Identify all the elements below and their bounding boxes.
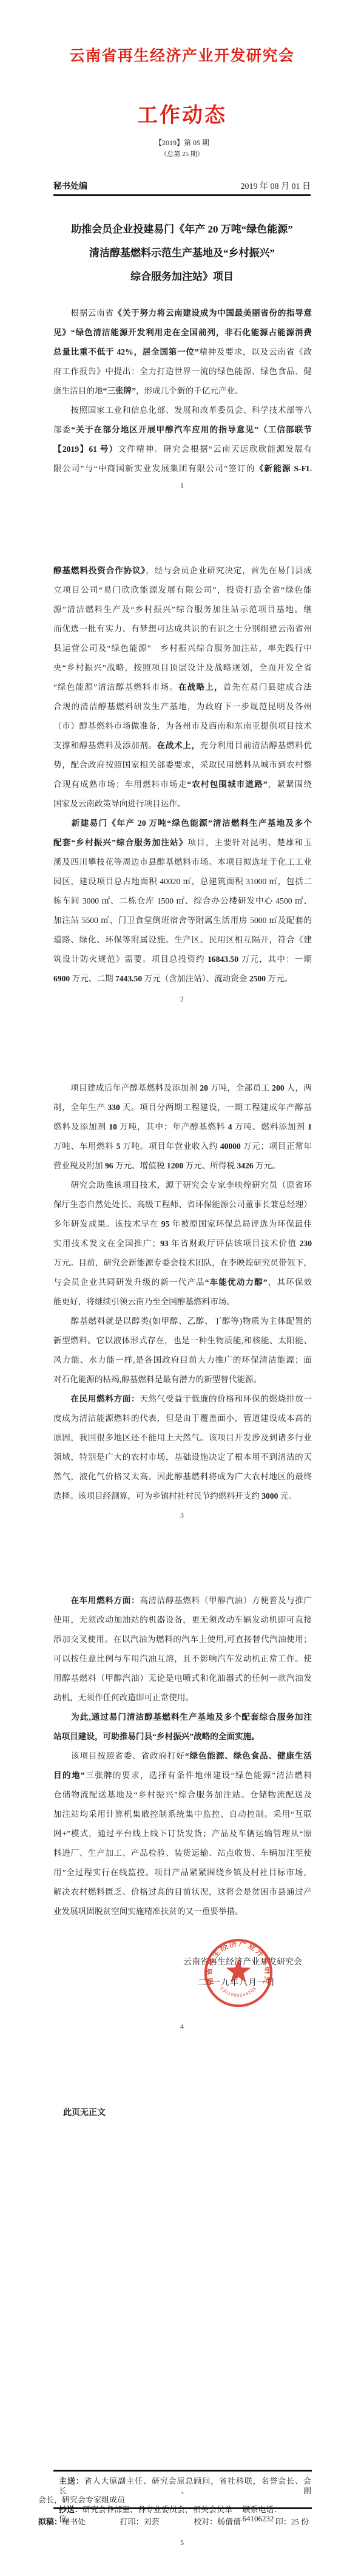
body-text-line: 动机，无须作任何改造即可正常使用。 <box>53 1688 312 1708</box>
page-4-body: 在车用燃料方面：高清洁醇基燃料（甲醇汽油）方便普及与推广使用，无须改动加油站的机… <box>53 1591 312 1921</box>
body-text-line: 府工作报告》中提出：全力打造世界一流的绿色能源、绿色食品、健 <box>53 362 312 381</box>
body-text-line: 选择。该项目经测算，可为乡镇村社村民节约燃料开支约 3000 元。 <box>53 1487 312 1506</box>
main-send-label: 主送： <box>59 2476 84 2486</box>
copies-credit: 印：25 份 <box>275 2515 309 2527</box>
print-value: 刘芸 <box>144 2517 160 2526</box>
official-seal-stamp: 云南省再生经济产业开发研究会 5301000044265 <box>203 1937 274 2009</box>
article-title-line-2: 清洁醇基燃料示范生产基地及“乡村振兴” <box>53 241 311 265</box>
body-text-line: 仓储物流配送基地及“乡村振兴”综合服务加注站。仓储物流配送及 <box>53 1785 312 1805</box>
body-text-line: 用醇基燃料（甲醇汽油）无论是电喷式和化油器式的任何一款汽油发 <box>53 1669 312 1688</box>
body-text-line: 可以按任意比例与车用汽油互溶，且不影响汽车发动机正常工作。使 <box>53 1649 312 1669</box>
body-text-line: 根据云南省《关于努力将云南建设成为中国最美丽省份的指导意 <box>53 304 312 323</box>
issue-date: 2019 年 08 月 01 日 <box>241 180 311 192</box>
body-text-line: 多年研发成果。该技术早在 95 年被原国家环保总局评选为环保最佳 <box>53 1215 312 1234</box>
body-text-line: 解决农村燃料匮乏、价格过高的目前状况，这将会是贫困市县通过产 <box>53 1883 312 1902</box>
body-text-line: 万元。目前，研究会新能源专委会技术团队，在李映煌研究员带领下， <box>53 1253 312 1273</box>
editor-date-row: 秘书处编 2019 年 08 月 01 日 <box>53 180 311 192</box>
body-text-line: 县运营公司及“绿色能源” 乡村振兴综合服务加注站，率先践行中 <box>53 639 312 658</box>
body-text-line: 领域，特别是广大的农村市场，基础设施决定了根本用不到清洁的天 <box>53 1448 312 1467</box>
print-credit: 打印：刘芸 <box>120 2515 160 2527</box>
page-1-body: 根据云南省《关于努力将云南建设成为中国最美丽省份的指导意见》“绿色清洁能源开发利… <box>53 304 312 479</box>
proof-credit: 校对：杨倩倩 <box>194 2515 241 2527</box>
body-text-line: 部委“关于在部分地区开展甲醇汽车应用的指导意见”（工信部联节 <box>53 420 312 440</box>
body-text-line: 该项目按照省委、省政府打好“绿色能源、绿色食品、健康生活 <box>53 1746 312 1766</box>
body-text-line: 在民用燃料方面：天然气受益于低廉的价格和环保的燃烧排放一 <box>53 1389 312 1409</box>
main-send-line: 主送：省人大原副主任、研究会原总顾问，省社科联，名誉会长、会长、副 <box>38 2476 311 2495</box>
body-text-line: 料进厂、生产加工、产品检验、装货运输、站点收货、车辆加注至使 <box>53 1844 312 1863</box>
seal-code: 5301000044265 <box>219 1986 257 1998</box>
body-text-line: 总量比重不低于 42%，居全国第一位”精神及要求，以及云南省《政 <box>53 342 312 362</box>
svg-text:5301000044265: 5301000044265 <box>219 1986 257 1998</box>
body-text-line: 支撑和醇基燃料及添加剂。在战术上，充分利用目前清洁醇基燃料优 <box>53 736 312 755</box>
draft-credit: 拟稿：秘书处 <box>38 2515 86 2527</box>
body-text-line: （市）醇基燃料市场做准备，为各州市及西南和东南亚提供项目技术 <box>53 717 312 736</box>
main-send-line-2: 会长，研究会专家组成员 <box>38 2495 311 2505</box>
no-text-note: 此页无正文 <box>63 2106 106 2118</box>
page-number-1: 1 <box>0 481 364 490</box>
body-text-line: 配套“乡村振兴”综合服务加注站》项目，主要针对昆明、楚雄和玉 <box>53 833 312 853</box>
article-title-line-1: 助推会员企业投建易门《年产 20 万吨“绿色能源” <box>53 217 311 241</box>
body-text-line: 项目建成后年产醇基燃料及添加剂 20 万吨，全部员工 200 人，两班 <box>53 1078 312 1098</box>
proof-label: 校对： <box>194 2517 217 2526</box>
body-text-line: 醇基燃料投资合作协议》，经与会员企业研究决定，首先在易门县成 <box>53 561 312 581</box>
body-text-line: 对石化能源的枯竭,醇基燃料是最有潜力的新型替代能源。 <box>53 1370 312 1389</box>
proof-value: 杨倩倩 <box>217 2517 241 2526</box>
body-text-line: 立项目公司“易门欣欣能源发展有限公司”，投资打造全省“绿色能 <box>53 581 312 600</box>
page-3-body: 项目建成后年产醇基燃料及添加剂 20 万吨，全部员工 200 人，两班制，全年生… <box>53 1078 312 1506</box>
bulletin-document: 云南省再生经济产业开发研究会 工作动态 【2019】第 05 期 （总第 25 … <box>0 0 364 2576</box>
footer-divider-bottom <box>53 2507 312 2509</box>
body-text-line: 筑设计防火规范》需要。项目总投资约 16843.50 万元，其中：一期 <box>53 950 312 969</box>
draft-label: 拟稿： <box>38 2517 62 2526</box>
body-text-line: 限公司”与“中商国新实业发展集团有限公司”签订的《新能源 S-FL <box>53 459 312 479</box>
body-text-line: 加注站 5500 ㎡、门卫食堂倒班宿舍等附属生活用房 5000 ㎡及配套的 <box>53 911 312 930</box>
header-divider <box>53 194 311 196</box>
body-text-line: 然气，液化气价格又太高。因此醇基燃料将成为广大农村地区的最终 <box>53 1467 312 1487</box>
body-text-line: 制，全年生产 330 天。项目分两期工程建设，一期工程建成年产醇基 <box>53 1098 312 1117</box>
body-text-line: 醇基燃料就是以醇类(如甲醇、乙醇、丁醇等)物质为主体配置的 <box>53 1312 312 1331</box>
body-text-line: 国家及云南政策导向进行项目运作。 <box>53 794 312 814</box>
seal-star-icon <box>226 1958 251 1982</box>
body-text-line: 为此,通过易门清洁醇基燃料生产基地及多个配套综合服务加注 <box>53 1708 312 1727</box>
body-text-line: 6900 万元、二期 7443.50 万元（含加注站）、流动资金 2500 万元… <box>53 969 312 989</box>
body-text-line: 使用，无须改动加油站的机器设备，更无须改动车辆发动机即可直接 <box>53 1610 312 1630</box>
page-2-body: 醇基燃料投资合作协议》，经与会员企业研究决定，首先在易门县成立项目公司“易门欣欣… <box>53 561 312 989</box>
body-text-line: “绿色能源”清洁醇基燃料市场。在战略上，首先在易门县建成合法 <box>53 678 312 697</box>
body-text-line: 业发展巩固脱贫空间实施精准扶贫的又一重要举措。 <box>53 1902 312 1921</box>
body-text-line: 营业税及附加 96 万元、增值税 1200 万元、所得税 3426 万元。 <box>53 1156 312 1176</box>
page-number-5: 5 <box>0 2538 364 2547</box>
masthead-org-name: 云南省再生经济产业开发研究会 <box>0 44 364 66</box>
print-label: 打印： <box>120 2517 144 2526</box>
body-text-line: 而优选一批有实力、有梦想可达成共识的有识之士分别组建云南省州 <box>53 619 312 639</box>
body-text-line: 园区，建设项目总占地面积 40020 ㎡，总建筑面积 31000 ㎡，包括二 <box>53 872 312 891</box>
main-send-value: 省人大原副主任、研究会原总顾问，省社科联，名誉会长、会长、副 <box>59 2476 311 2495</box>
editor-label: 秘书处编 <box>53 180 87 192</box>
body-text-line: 燃料及添加剂 10 万吨，其中：年产醇基燃料 4 万吨、燃料添加剂 1 <box>53 1117 312 1137</box>
body-text-line: 加注站均采用计算机集散控制系统集中监控、自动控制。采用“互联 <box>53 1805 312 1824</box>
body-text-line: 新型燃料。它以液体形式存在，也是一种生物质能,和核能、太阳能、 <box>53 1331 312 1351</box>
footer-credits: 拟稿：秘书处 打印：刘芸 校对：杨倩倩 印：25 份 <box>38 2515 309 2527</box>
footer-divider-top <box>53 2470 312 2472</box>
body-text-line: 新建易门《年产 20 万吨“绿色能源”清洁燃料生产基地及多个 <box>53 814 312 833</box>
masthead-bulletin-title: 工作动态 <box>0 98 364 128</box>
draft-value: 秘书处 <box>62 2517 86 2526</box>
article-title: 助推会员企业投建易门《年产 20 万吨“绿色能源” 清洁醇基燃料示范生产基地及“… <box>53 217 311 288</box>
body-text-line: 保厅生态自然处处长、高级工程师、省环保能源公司董事长兼总经理） <box>53 1195 312 1215</box>
body-text-line: 研究会助推该项目技术，源于研究会专家李映煌研究员（原省环 <box>53 1176 312 1195</box>
copy-send-label: 抄送： <box>59 2505 83 2514</box>
body-text-line: 见》“绿色清洁能源开发利用走在全国前列，非石化能源占能源消费 <box>53 323 312 342</box>
body-text-line: 与会员企业共同研发升级的新一代产品“车能优动力醇”，其环保效 <box>53 1273 312 1292</box>
body-text-line: 源”清洁燃料生产及“乡村振兴”综合服务加注站示范项目基地。继 <box>53 600 312 619</box>
body-text-line: 站项目建设，可助推易门县“乡村振兴”战略的全面实施。 <box>53 1727 312 1746</box>
body-text-line: 原因，我国很多地区还不能用上天然气。该项目开发涉及到诸多行业 <box>53 1428 312 1448</box>
issue-total-number: （总第 25 期） <box>0 149 364 158</box>
body-text-line: 网+”模式，通过平台线上线下订货发货；产品及车辆运输管理从“原 <box>53 1824 312 1844</box>
body-text-line: 【2019】61 号）文件精神。研究会根据“云南天远欣欣能源发展有 <box>53 440 312 459</box>
issue-number: 【2019】第 05 期 <box>0 137 364 148</box>
page-number-3: 3 <box>0 1511 364 1520</box>
body-text-line: 添加交叉使用。在以汽油为燃料的汽车上使用,可直接替代汽油使用； <box>53 1630 312 1649</box>
body-text-line: 溪及四川攀枝花等周边市县醇基燃料市场。本项目拟选址于化工工业 <box>53 853 312 872</box>
body-text-line: 实用技术发文在全国推广；93 年省财政厅评估该项目技术价值 230 <box>53 1234 312 1253</box>
copies-label: 印： <box>275 2517 291 2526</box>
body-text-line: 能更好，将继续引领云南乃至全国醇基燃料市场。 <box>53 1292 312 1312</box>
body-text-line: 栋车间 3000 ㎡、二栋仓库 1500 ㎡、综合办公楼研发中心 4500 ㎡、 <box>53 891 312 911</box>
body-text-line: 央“乡村振兴”战略，按照项目顶层设计及战略规划，全面开发全省 <box>53 658 312 678</box>
body-text-line: 合现有成熟市场；车用燃料市场走“农村包围城市道路”，紧紧围绕 <box>53 775 312 794</box>
body-text-line: 在车用燃料方面：高清洁醇基燃料（甲醇汽油）方便普及与推广 <box>53 1591 312 1610</box>
body-text-line: 合规的清洁醇基燃料研发生产基地，为政府下一步规范昆明及各州 <box>53 697 312 717</box>
body-text-line: 势，配合政府按照国家相关部委要求，采取民用燃料从城市到农村整 <box>53 755 312 775</box>
page-number-4: 4 <box>0 2022 364 2031</box>
body-text-line: 按照国家工业和信息化部、发展和改革委员会、科学技术部等八 <box>53 401 312 420</box>
body-text-line: 风力能、水力能一样,是各国政府目前大力推广的环保清洁能源；面 <box>53 1351 312 1370</box>
body-text-line: 万吨、车用燃料 5 万吨。项目年营业收入约 40000 万元；项目正常年 <box>53 1137 312 1156</box>
page-number-2: 2 <box>0 995 364 1004</box>
body-text-line: 用”全过程实行在线监控。项目产品紧紧围绕乡镇及村社目标市场， <box>53 1863 312 1883</box>
body-text-line: 道路、绿化、环保等附属设施。生产区、民用区相互隔开，符合《建 <box>53 930 312 950</box>
body-text-line: 度成为清洁能源燃料的代表，但是由于覆盖面小，管道建设成本高的 <box>53 1409 312 1428</box>
body-text-line: 康生活目的地“三张牌”，形成几个新的千亿元产业。 <box>53 381 312 401</box>
article-title-line-3: 综合服务加注站》项目 <box>53 265 311 288</box>
body-text-line: 目的地”三张牌的要求，选择有条件地州建设“绿色能源”清洁燃料 <box>53 1766 312 1785</box>
copies-value: 25 份 <box>291 2517 309 2526</box>
